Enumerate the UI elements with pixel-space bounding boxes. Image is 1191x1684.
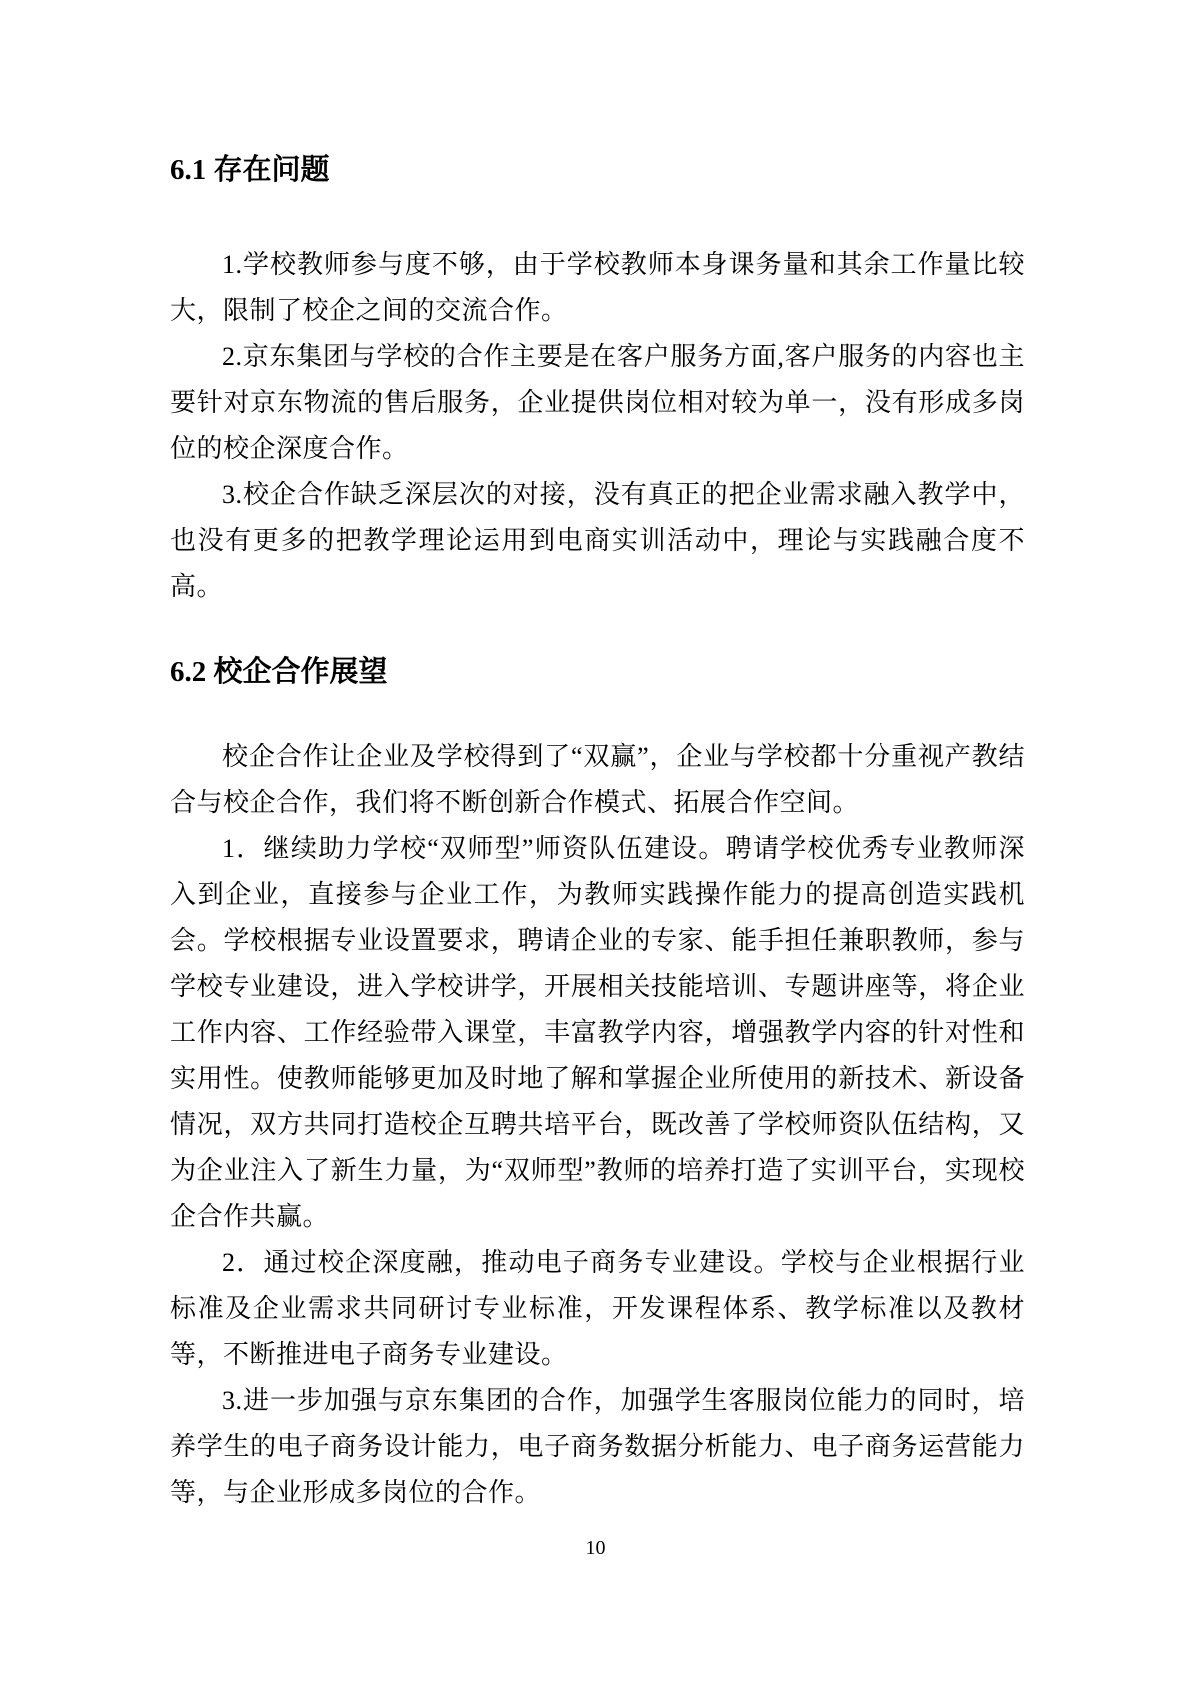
document-page: 6.1 存在问题 1.学校教师参与度不够，由于学校教师本身课务量和其余工作量比较… <box>0 0 1191 1684</box>
paragraph-outlook-3: 3.进一步加强与京东集团的合作，加强学生客服岗位能力的同时，培养学生的电子商务设… <box>170 1378 1025 1516</box>
paragraph-problem-1: 1.学校教师参与度不够，由于学校教师本身课务量和其余工作量比较大，限制了校企之间… <box>170 242 1025 334</box>
paragraph-outlook-intro: 校企合作让企业及学校得到了“双赢”，企业与学校都十分重视产教结合与校企合作，我们… <box>170 734 1025 826</box>
paragraph-problem-3: 3.校企合作缺乏深层次的对接，没有真正的把企业需求融入教学中，也没有更多的把教学… <box>170 472 1025 610</box>
section-heading-6-2: 6.2 校企合作展望 <box>170 652 1025 692</box>
paragraph-outlook-1: 1．继续助力学校“双师型”师资队伍建设。聘请学校优秀专业教师深入到企业，直接参与… <box>170 826 1025 1240</box>
paragraph-problem-2: 2.京东集团与学校的合作主要是在客户服务方面,客户服务的内容也主要针对京东物流的… <box>170 334 1025 472</box>
page-number: 10 <box>0 1536 1191 1560</box>
document-content: 6.1 存在问题 1.学校教师参与度不够，由于学校教师本身课务量和其余工作量比较… <box>170 0 1025 1516</box>
section-heading-6-1: 6.1 存在问题 <box>170 150 1025 190</box>
paragraph-outlook-2: 2．通过校企深度融，推动电子商务专业建设。学校与企业根据行业标准及企业需求共同研… <box>170 1240 1025 1378</box>
